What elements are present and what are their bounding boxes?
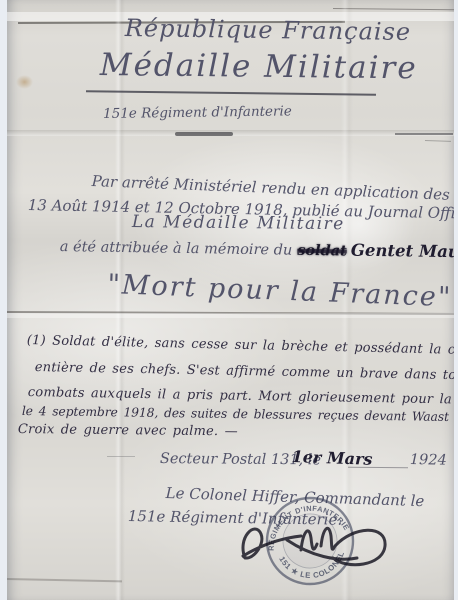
citation-line: entière de ses chefs. S'est affirmé comm… — [35, 360, 454, 384]
page-title: Médaille Militaire — [100, 47, 418, 86]
fold-smudge-mid — [175, 132, 233, 136]
signature-stroke — [243, 528, 385, 564]
citation-line: Croix de guerre avec palme. — — [18, 422, 238, 439]
attribution-printed: a été attribuée à la mémoire du — [60, 239, 293, 259]
crease-line-mid-right — [395, 133, 453, 135]
fold-highlight-under-motto — [7, 313, 454, 318]
recipient-name: Gentet Maurice — [351, 241, 454, 262]
motto-line: "Mort pour la France" — [107, 269, 453, 313]
crease-mark-right-edge — [425, 140, 451, 142]
header-regiment: 151e Régiment d'Infanterie — [103, 103, 292, 122]
title-underline — [86, 90, 376, 96]
citation-line: (1) Soldat d'élite, sans cesse sur la br… — [27, 333, 454, 359]
paper: République Française Médaille Militaire … — [7, 0, 454, 600]
medal-line: La Médaille Militaire — [132, 212, 345, 234]
date-handwritten: 1er Mars — [291, 447, 372, 469]
paper-stain — [16, 75, 33, 89]
crease-dots-left — [107, 456, 135, 457]
crease-line-bottom-left — [7, 578, 122, 582]
header-republic: République Française — [125, 14, 412, 46]
year-printed: 1924 — [410, 452, 447, 469]
scanned-document: République Française Médaille Militaire … — [0, 0, 458, 600]
rank-struck-word: soldat — [297, 242, 347, 260]
colonel-signature — [235, 512, 395, 578]
